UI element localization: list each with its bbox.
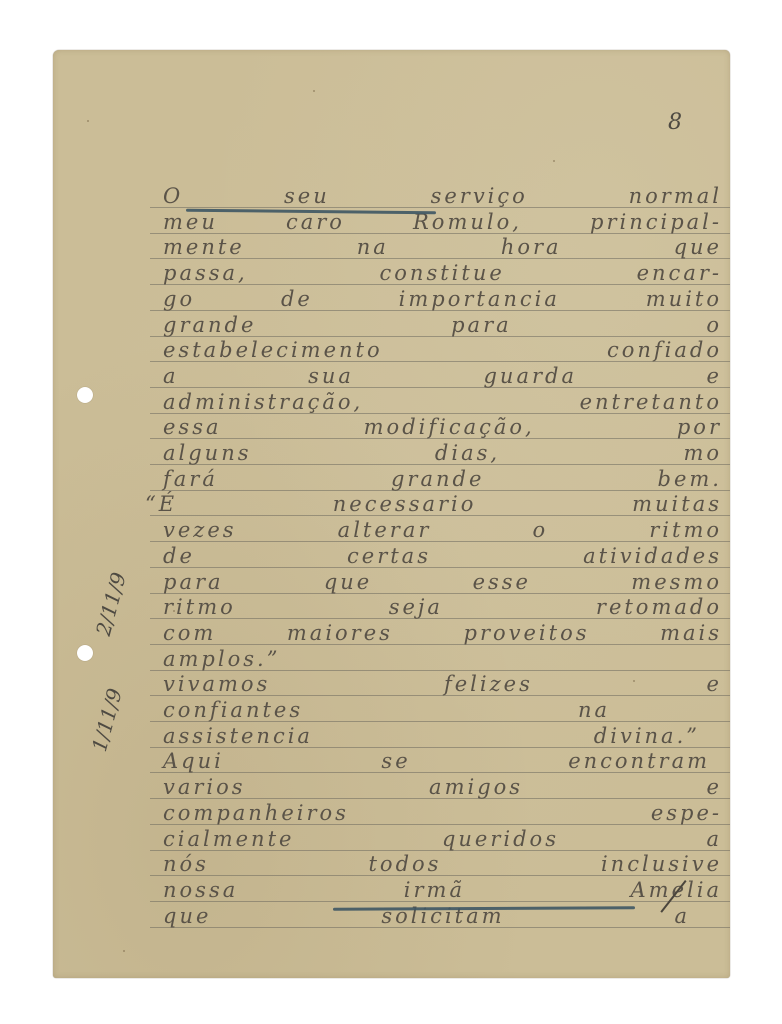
paper-fleck <box>123 950 125 952</box>
text-line: farágrandebem. <box>163 467 722 491</box>
margin-note-date-1: 2/11/9 <box>91 570 131 638</box>
text-line: variosamigose <box>163 775 722 799</box>
text-line: passa,constitueencar- <box>163 261 722 285</box>
text-line: paraqueessemesmo <box>163 570 722 594</box>
paper-fleck <box>633 680 635 682</box>
text-line: commaioresproveitosmais <box>163 621 722 645</box>
text-line: ritmosejaretomado <box>163 595 722 619</box>
text-line: vivamosfelizese <box>163 672 722 696</box>
text-line: mentenahoraque <box>163 235 722 259</box>
text-line: Oseuserviçonormal <box>163 184 722 208</box>
text-line: essamodificação,por <box>163 415 722 439</box>
text-line: meucaroRomulo,principal- <box>163 210 722 234</box>
manuscript-page: 8 2/11/9 1/11/9 Oseuserviçonormal meucar… <box>53 50 730 978</box>
text-line: administração,entretanto <box>163 390 722 414</box>
text-line: decertasatividades <box>163 544 722 568</box>
text-line: confiantesna <box>163 698 610 722</box>
text-line: assistenciadivina.” <box>163 724 700 748</box>
page-number: 8 <box>668 110 682 135</box>
text-line: amplos.” <box>163 647 280 671</box>
punch-hole-top <box>77 387 93 403</box>
paper-fleck <box>553 160 555 162</box>
text-line: nóstodosinclusive <box>163 852 722 876</box>
punch-hole-bottom <box>77 645 93 661</box>
text-line: “Énecessariomuitas <box>145 492 722 516</box>
paper-fleck <box>87 120 89 122</box>
margin-note-date-2: 1/11/9 <box>87 686 127 754</box>
text-line: estabelecimentoconfiado <box>163 338 722 362</box>
paper-fleck <box>173 610 175 612</box>
text-line: asuaguardae <box>163 364 722 388</box>
text-line: grandeparao <box>163 313 722 337</box>
text-line: cialmentequeridosa <box>163 827 722 851</box>
text-line: godeimportanciamuito <box>163 287 722 311</box>
text-line: Aquiseencontram <box>163 749 710 773</box>
text-line: companheirosespe- <box>163 801 722 825</box>
paper-fleck <box>313 90 315 92</box>
text-line: vezesalteraroritmo <box>163 518 722 542</box>
text-line: nossairmãAmelia <box>163 878 722 902</box>
text-line: algunsdias,mo <box>163 441 722 465</box>
